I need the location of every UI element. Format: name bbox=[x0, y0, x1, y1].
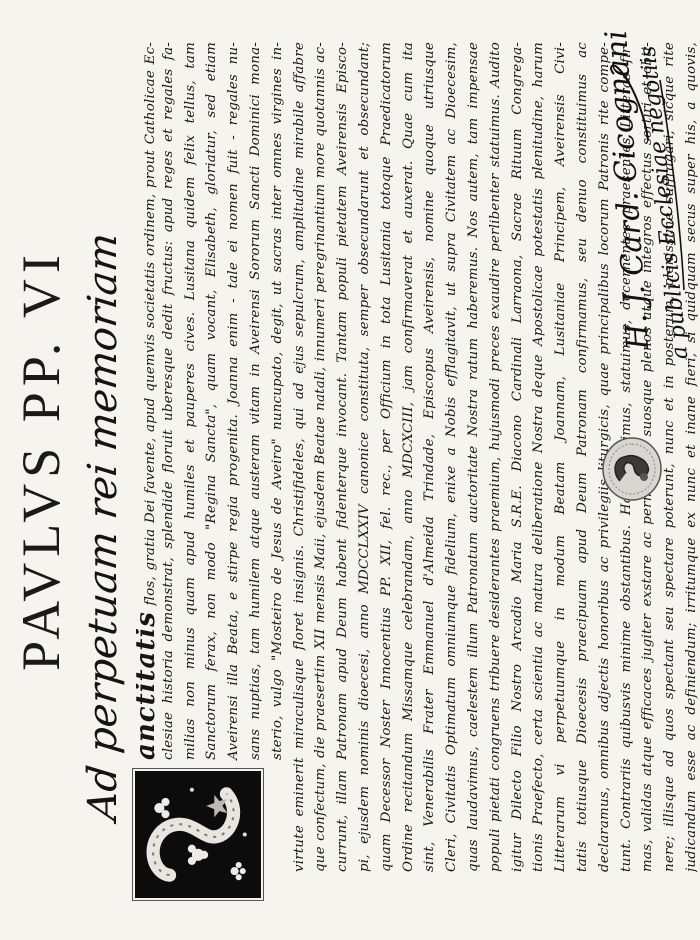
text-line-4: Sanctorum ferax, non modo "Regina Sancta… bbox=[201, 42, 223, 872]
papal-brief-page: PAVLVS PP. VI Ad perpetuam rei memoriam … bbox=[0, 0, 700, 940]
text-line-3: milias non minus quam apud humiles et pa… bbox=[180, 42, 202, 872]
text-line-1: anctitatis flos, gratia Dei favente, apu… bbox=[136, 42, 158, 872]
document-title: PAVLVS PP. VI bbox=[10, 0, 72, 930]
text-line-9: que confectum, die praesertim XII mensis… bbox=[310, 42, 332, 872]
text-line-18: igitur Dilecto Filio Nostro Arcadio Mari… bbox=[507, 42, 529, 872]
text-line-8: virtute eminerit miraculisque floret ins… bbox=[289, 42, 311, 872]
text-line-15: Cleri, Civitatis Optimatum omniumque fid… bbox=[441, 42, 463, 872]
text-line-5: Aveirensi illa Beata, e stirpe regia pro… bbox=[223, 42, 245, 872]
text-line-12: quam Decessor Noster Innocentius PP. XII… bbox=[376, 42, 398, 872]
text-line-17: populi pietati congruens tribuere deside… bbox=[485, 42, 507, 872]
text-line-13: Ordine recitandum Missamque celebrandam,… bbox=[398, 42, 420, 872]
text-line-20: Litterarum vi perpetuumque in modum Beat… bbox=[550, 42, 572, 872]
document-subtitle: Ad perpetuam rei memoriam bbox=[80, 231, 126, 823]
papal-seal bbox=[600, 435, 664, 503]
text-line-16: quas laudavimus, caelestem illum Patrona… bbox=[463, 42, 485, 872]
text-line-21: tatis totiusque Dioecesis praecipuam apu… bbox=[572, 42, 594, 872]
text-line-7: sterio, vulgo "Mosteiro de Jesus de Avei… bbox=[267, 42, 289, 872]
text-line-10: currunt, illam Patronam apud Deum habent… bbox=[332, 42, 354, 872]
cardinal-signature: H. J. Card. Cicognani a publicis Ecclesi… bbox=[600, 20, 690, 440]
text-line-19: tionis Praefecto, certa scientia ac matu… bbox=[528, 42, 550, 872]
text-line-6: sans nuptias, tam humilem atque austeram… bbox=[245, 42, 267, 872]
seal-icon bbox=[600, 435, 664, 503]
text-line-2: clesiae historia demonstrat, splendide f… bbox=[158, 42, 180, 872]
first-word: anctitatis bbox=[136, 611, 158, 760]
text-line-11: pi, ejusdem nominis dioecesi, anno MDCCL… bbox=[354, 42, 376, 872]
text-line-14: sint, Venerabilis Frater Emmanuel d'Alme… bbox=[419, 42, 441, 872]
